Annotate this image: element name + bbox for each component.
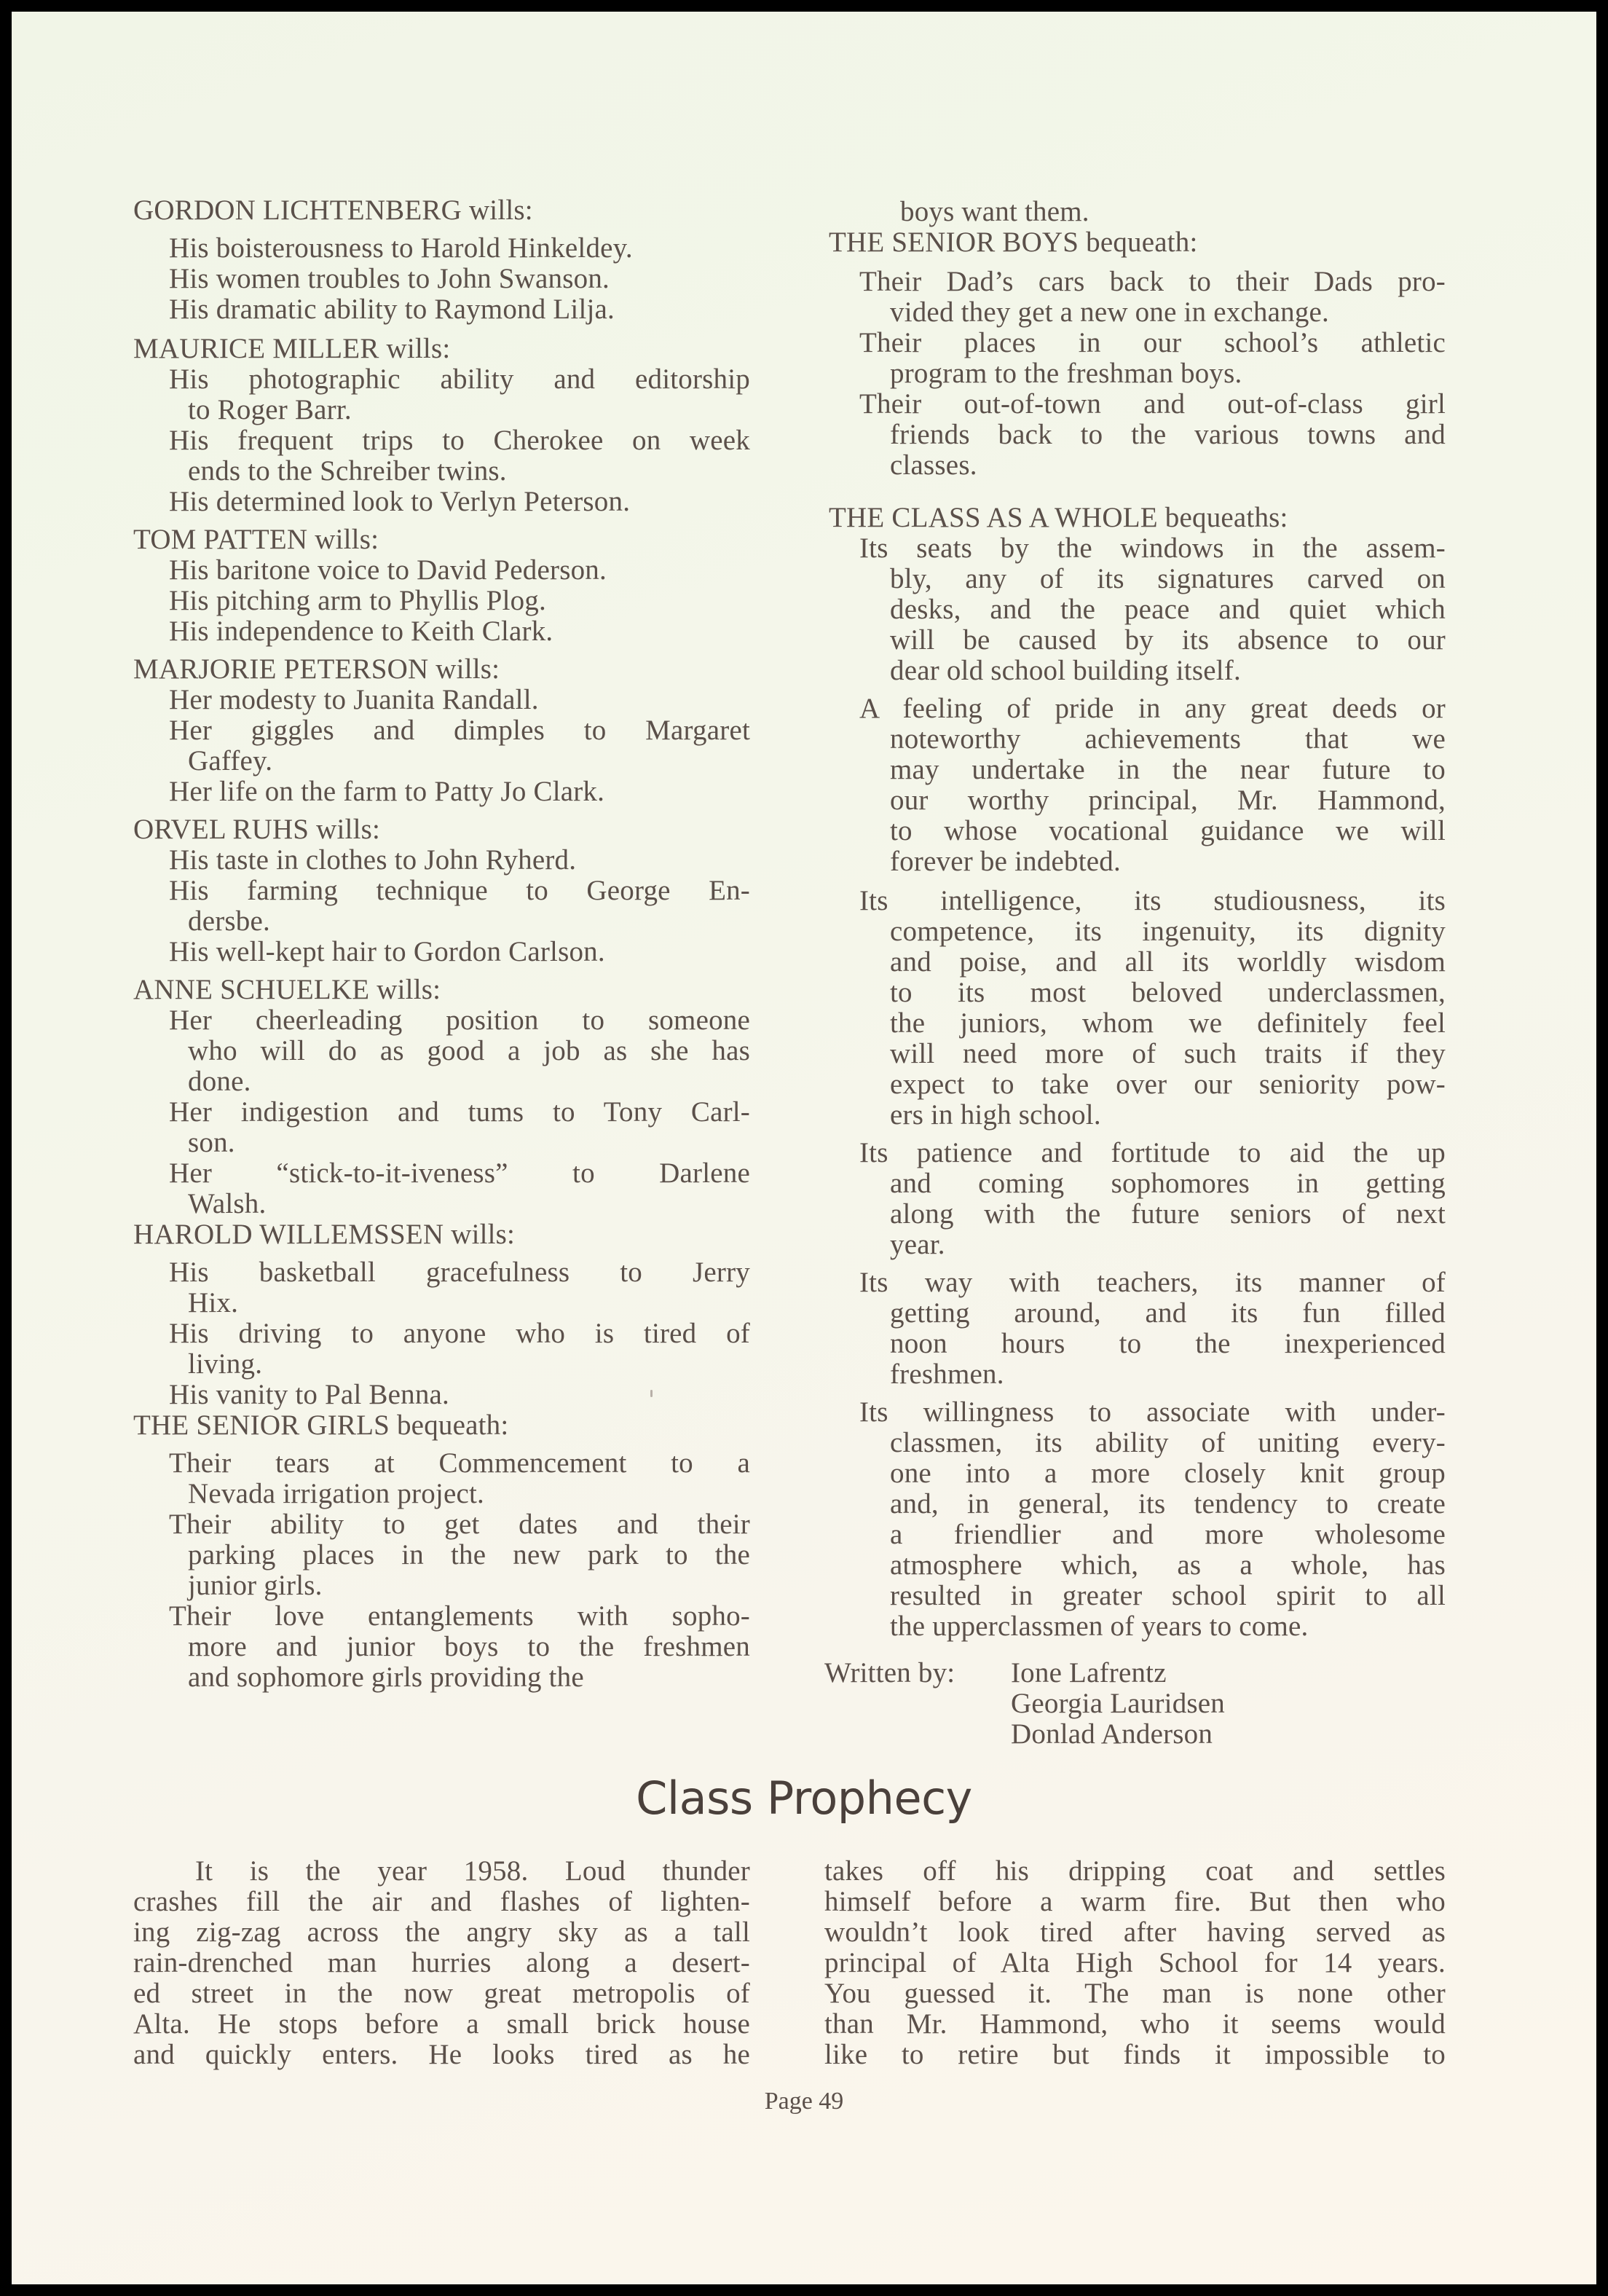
will-item-continuation: one into a more closely knit group (890, 1458, 1446, 1489)
will-item: Their out-of-town and out-of-class girl (859, 389, 1446, 420)
will-item-continuation: along with the future seniors of next (890, 1199, 1446, 1230)
will-item: Its willingness to associate with under- (859, 1397, 1446, 1428)
will-item-continuation: expect to take over our seniority pow- (890, 1069, 1446, 1100)
will-item: Their love entanglements with sopho- (169, 1601, 750, 1632)
prophecy-line: Alta. He stops before a small brick hous… (133, 2009, 750, 2040)
will-item-continuation: will be caused by its absence to our (890, 625, 1446, 656)
will-item: His driving to anyone who is tired of (169, 1318, 750, 1349)
will-item: Their places in our school’s athletic (859, 328, 1446, 358)
will-item-continuation: Hix. (188, 1288, 238, 1318)
will-item-continuation: ends to the Schreiber twins. (188, 456, 507, 487)
will-item: His baritone voice to David Pederson. (169, 555, 607, 586)
will-item-continuation: freshmen. (890, 1359, 1004, 1390)
will-item-continuation: parking places in the new park to the (188, 1540, 750, 1570)
prophecy-line: You guessed it. The man is none other (824, 1978, 1446, 2009)
will-item: Its patience and fortitude to aid the up (859, 1138, 1446, 1168)
will-heading: HAROLD WILLEMSSEN wills: (133, 1219, 515, 1250)
prophecy-line: takes off his dripping coat and settles (824, 1856, 1446, 1887)
will-item: Their ability to get dates and their (169, 1509, 750, 1540)
will-heading: THE CLASS AS A WHOLE bequeaths: (829, 503, 1288, 533)
will-item-continuation: friends back to the various towns and (890, 420, 1446, 450)
will-item: His taste in clothes to John Ryherd. (169, 845, 576, 876)
prophecy-line: than Mr. Hammond, who it seems would (824, 2009, 1446, 2040)
will-item-continuation: and poise, and all its worldly wisdom (890, 947, 1446, 978)
prophecy-line: wouldn’t look tired after having served … (824, 1917, 1446, 1948)
will-heading: GORDON LICHTENBERG wills: (133, 195, 533, 226)
will-item-continuation: Walsh. (188, 1189, 266, 1219)
will-item-continuation: our worthy principal, Mr. Hammond, (890, 785, 1446, 816)
will-item: Her cheerleading position to someone (169, 1005, 750, 1036)
prophecy-line: It is the year 1958. Loud thunder (195, 1856, 750, 1887)
will-item-continuation: dear old school building itself. (890, 656, 1241, 686)
will-item-continuation: getting around, and its fun filled (890, 1298, 1446, 1329)
will-heading: THE SENIOR GIRLS bequeath: (133, 1410, 508, 1441)
will-item: Their tears at Commencement to a (169, 1448, 750, 1479)
will-item-continuation: classes. (890, 450, 977, 481)
will-item-continuation: ers in high school. (890, 1100, 1101, 1131)
will-item-continuation: and sophomore girls providing the (188, 1662, 584, 1693)
will-item-continuation: will need more of such traits if they (890, 1039, 1446, 1069)
will-item-continuation: to whose vocational guidance we will (890, 816, 1446, 846)
will-item-continuation: junior girls. (188, 1570, 323, 1601)
will-item: Her “stick-to-it-iveness” to Darlene (169, 1158, 750, 1189)
author-name: Donlad Anderson (1011, 1719, 1213, 1750)
will-item: Her giggles and dimples to Margaret (169, 715, 750, 746)
will-item-continuation: boys want them. (900, 197, 1089, 227)
will-item-continuation: to its most beloved underclassmen, (890, 978, 1446, 1008)
prophecy-line: like to retire but finds it impossible t… (824, 2040, 1446, 2070)
will-item: Its seats by the windows in the assem- (859, 533, 1446, 564)
will-item-continuation: who will do as good a job as she has (188, 1036, 750, 1066)
will-item-continuation: the juniors, whom we definitely feel (890, 1008, 1446, 1039)
will-item: Its intelligence, its studiousness, its (859, 886, 1446, 916)
will-item-continuation: program to the freshman boys. (890, 358, 1242, 389)
prophecy-line: and quickly enters. He looks tired as he (133, 2040, 750, 2070)
will-item-continuation: year. (890, 1230, 945, 1260)
will-heading: ANNE SCHUELKE wills: (133, 975, 441, 1005)
will-item-continuation: resulted in greater school spirit to all (890, 1581, 1446, 1611)
will-item-continuation: bly, any of its signatures carved on (890, 564, 1446, 594)
will-item-continuation: done. (188, 1066, 251, 1097)
prophecy-line: rain-drenched man hurries along a desert… (133, 1948, 750, 1978)
will-item-continuation: competence, its ingenuity, its dignity (890, 916, 1446, 947)
will-item: His dramatic ability to Raymond Lilja. (169, 294, 615, 325)
prophecy-line: himself before a warm fire. But then who (824, 1887, 1446, 1917)
will-item: Her indigestion and tums to Tony Carl- (169, 1097, 750, 1128)
will-heading: ORVEL RUHS wills: (133, 814, 380, 845)
prophecy-line: crashes fill the air and flashes of ligh… (133, 1887, 750, 1917)
written-by-label: Written by: (824, 1658, 955, 1688)
will-item: His farming technique to George En- (169, 876, 750, 906)
will-heading: THE SENIOR BOYS bequeath: (829, 227, 1198, 258)
will-item: His frequent trips to Cherokee on week (169, 425, 750, 456)
prophecy-line: principal of Alta High School for 14 yea… (824, 1948, 1446, 1978)
will-item-continuation: Nevada irrigation project. (188, 1479, 484, 1509)
will-item-continuation: vided they get a new one in exchange. (890, 297, 1329, 328)
will-item-continuation: to Roger Barr. (188, 395, 352, 425)
prophecy-line: ing zig-zag across the angry sky as a ta… (133, 1917, 750, 1948)
section-title-class-prophecy: Class Prophecy (0, 1772, 1608, 1825)
author-name: Ione Lafrentz (1011, 1658, 1167, 1688)
will-item-continuation: a friendlier and more wholesome (890, 1519, 1446, 1550)
will-item-continuation: atmosphere which, as a whole, has (890, 1550, 1446, 1581)
print-speck (650, 1390, 653, 1397)
will-item: Her modesty to Juanita Randall. (169, 685, 539, 715)
will-item-continuation: desks, and the peace and quiet which (890, 594, 1446, 625)
will-item-continuation: may undertake in the near future to (890, 755, 1446, 785)
will-item-continuation: living. (188, 1349, 262, 1380)
will-item-continuation: noon hours to the inexperienced (890, 1329, 1446, 1359)
will-item-continuation: forever be indebted. (890, 846, 1121, 877)
prophecy-line: ed street in the now great metropolis of (133, 1978, 750, 2009)
will-item-continuation: and, in general, its tendency to create (890, 1489, 1446, 1519)
will-item: His boisterousness to Harold Hinkeldey. (169, 233, 633, 264)
will-item-continuation: dersbe. (188, 906, 270, 937)
will-item-continuation: Gaffey. (188, 746, 272, 777)
will-item: Her life on the farm to Patty Jo Clark. (169, 777, 604, 807)
will-heading: MARJORIE PETERSON wills: (133, 654, 500, 685)
will-item-continuation: noteworthy achievements that we (890, 724, 1446, 755)
will-item: A feeling of pride in any great deeds or (859, 693, 1446, 724)
will-item: His vanity to Pal Benna. (169, 1380, 449, 1410)
will-item-continuation: the upperclassmen of years to come. (890, 1611, 1308, 1642)
author-name: Georgia Lauridsen (1011, 1688, 1225, 1719)
will-item-continuation: more and junior boys to the freshmen (188, 1632, 750, 1662)
will-item: His determined look to Verlyn Peterson. (169, 487, 630, 517)
will-item: His photographic ability and editorship (169, 364, 750, 395)
will-item: His women troubles to John Swanson. (169, 264, 610, 294)
will-item: Its way with teachers, its manner of (859, 1267, 1446, 1298)
will-heading: TOM PATTEN wills: (133, 524, 379, 555)
will-item: His pitching arm to Phyllis Plog. (169, 586, 546, 616)
will-item: His independence to Keith Clark. (169, 616, 553, 647)
will-item: Their Dad’s cars back to their Dads pro- (859, 267, 1446, 297)
will-item-continuation: classmen, its ability of uniting every- (890, 1428, 1446, 1458)
will-item-continuation: son. (188, 1128, 235, 1158)
will-item: His well-kept hair to Gordon Carlson. (169, 937, 605, 967)
will-heading: MAURICE MILLER wills: (133, 334, 450, 364)
page-number: Page 49 (0, 2088, 1608, 2115)
will-item: His basketball gracefulness to Jerry (169, 1257, 750, 1288)
will-item-continuation: and coming sophomores in getting (890, 1168, 1446, 1199)
